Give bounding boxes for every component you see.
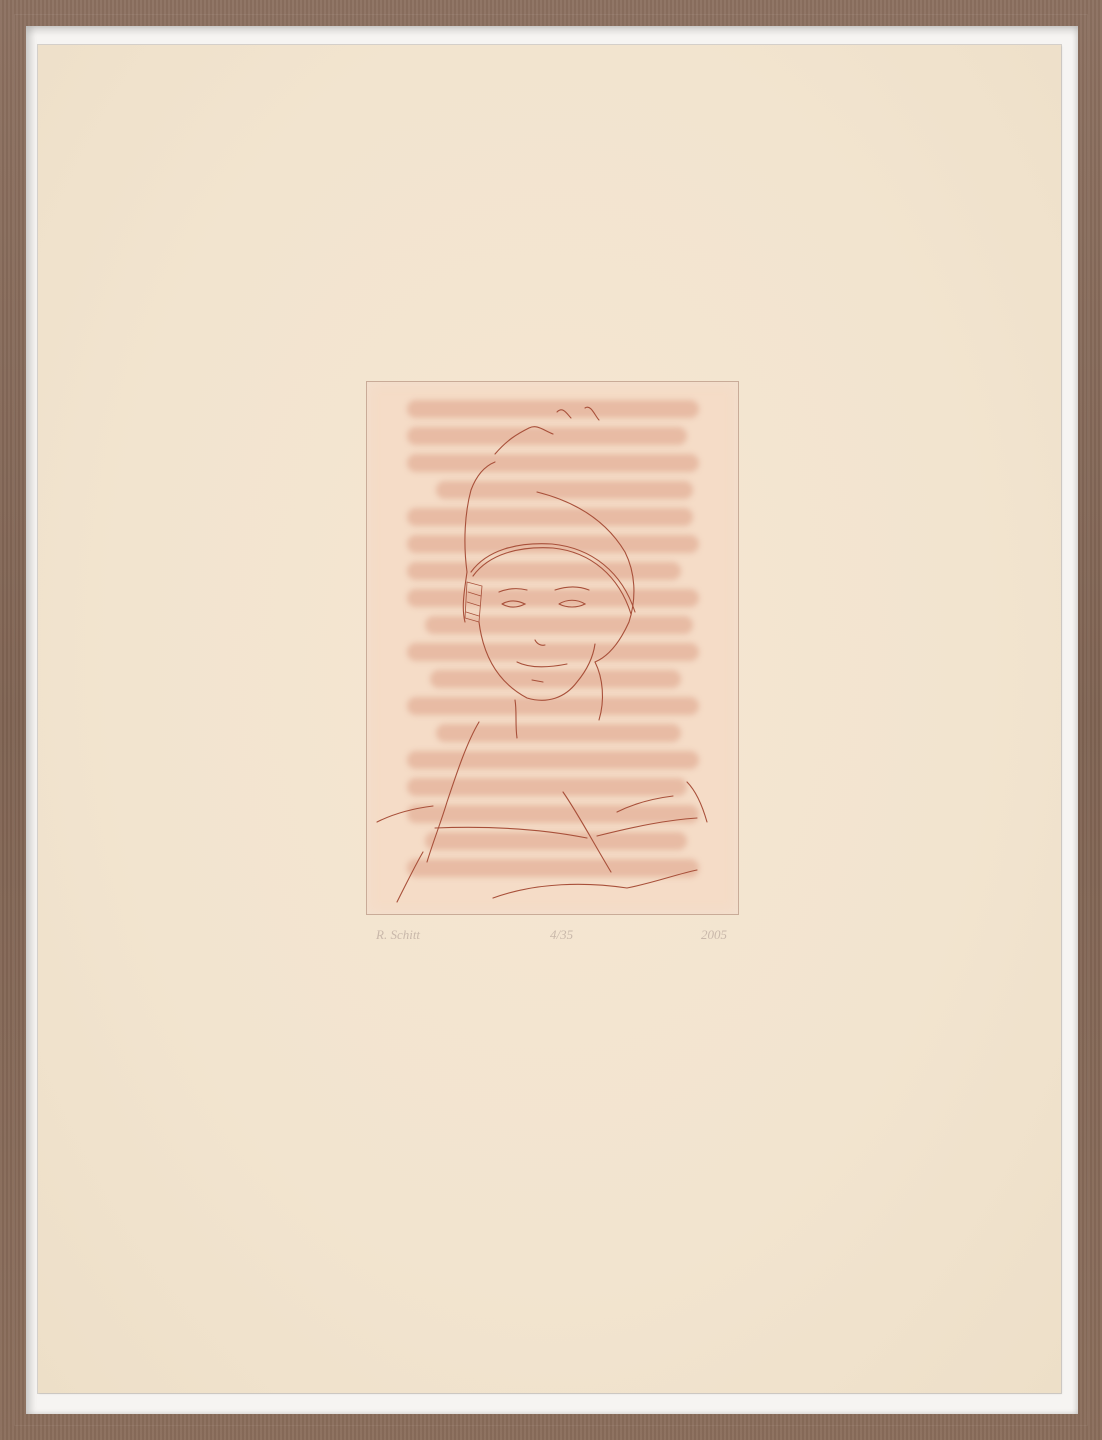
artist-signature: R. Schitt bbox=[376, 927, 420, 943]
pencil-annotations: R. Schitt 4/35 2005 bbox=[366, 923, 737, 947]
print-year: 2005 bbox=[701, 927, 727, 943]
edition-number: 4/35 bbox=[550, 927, 573, 943]
etching-plate bbox=[366, 381, 739, 915]
portrait-line-drawing bbox=[367, 382, 738, 914]
print-paper: R. Schitt 4/35 2005 bbox=[38, 45, 1061, 1393]
